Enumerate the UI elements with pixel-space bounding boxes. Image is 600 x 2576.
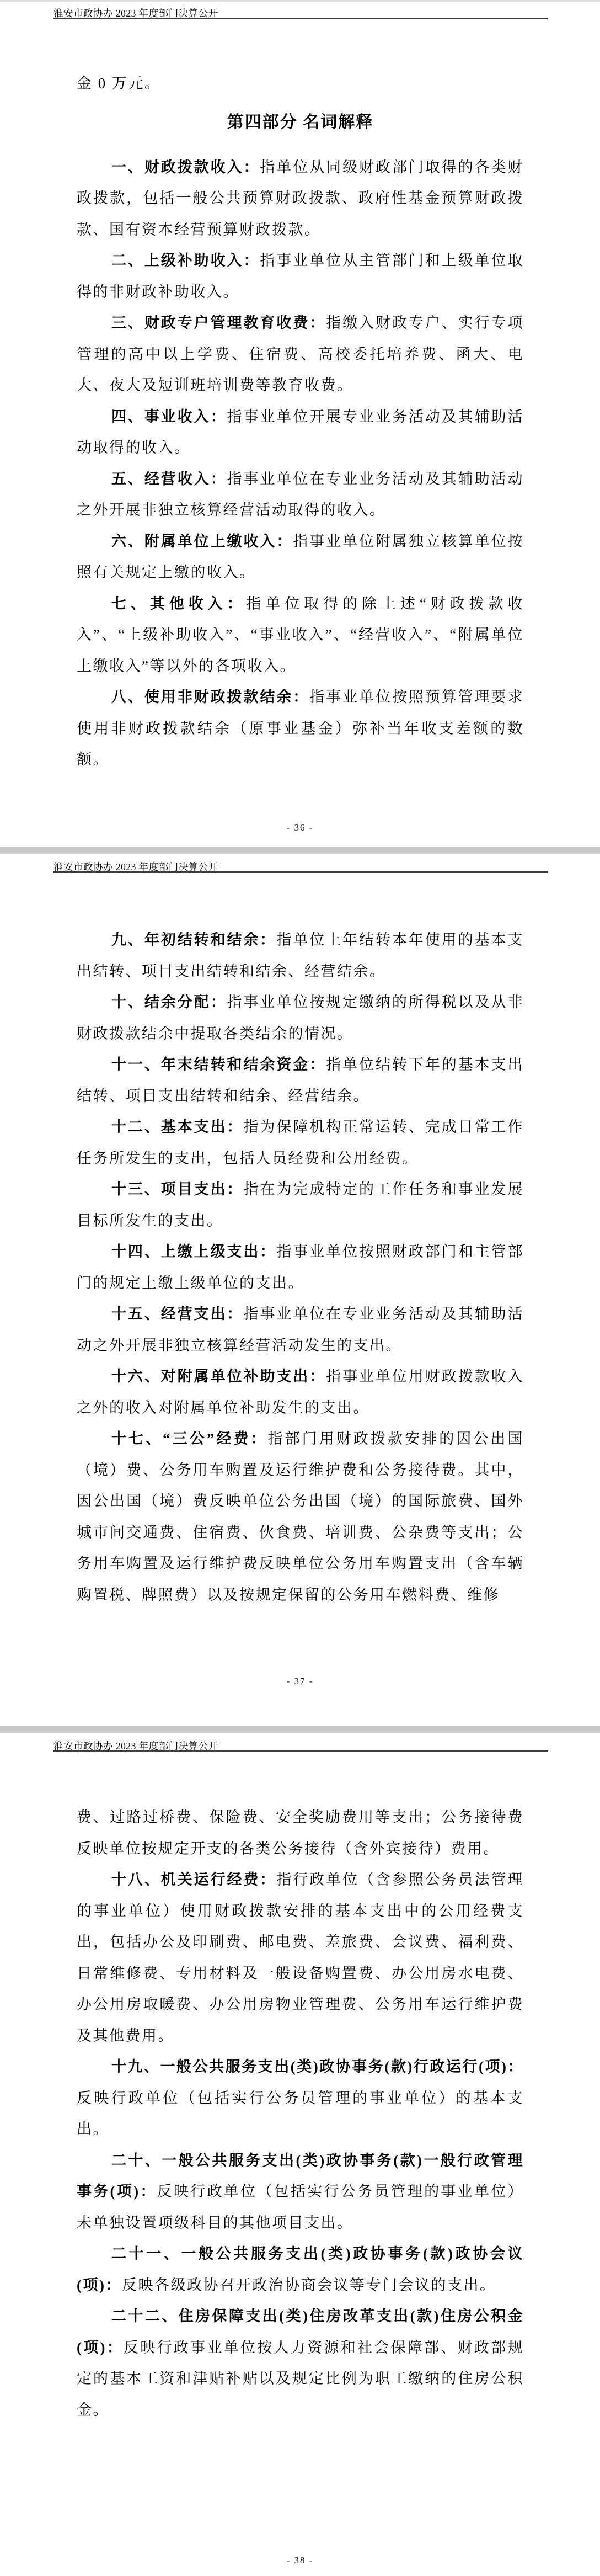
header-rule xyxy=(53,871,548,873)
page-number: - 37 - xyxy=(0,1676,600,1687)
page-38-content: 费、过路过桥费、保险费、安全奖励费用等支出；公务接待费反映单位按规定开支的各类公… xyxy=(77,1802,524,2425)
header-rule xyxy=(53,1750,548,1752)
paragraph: 十五、经营支出：指事业单位在专业业务活动及其辅助活动之外开展非独立核算经营活动发… xyxy=(77,1298,524,1361)
page-separator xyxy=(0,847,600,854)
page-38: 淮安市政协办 2023 年度部门决算公开 费、过路过桥费、保险费、安全奖励费用等… xyxy=(0,1733,600,2576)
paragraph: 五、经营收入：指事业单位在专业业务活动及其辅助活动之外开展非独立核算经营活动取得… xyxy=(77,464,524,526)
page-number: - 38 - xyxy=(0,2555,600,2566)
paragraph: 十三、项目支出：指在为完成特定的工作任务和事业发展目标所发生的支出。 xyxy=(77,1174,524,1236)
paragraph: 十九、一般公共服务支出(类)政协事务(款)行政运行(项)：反映行政单位（包括实行… xyxy=(77,2051,524,2145)
paragraph: 一、财政拨款收入：指单位从同级财政部门取得的各类财政拨款，包括一般公共预算财政拨… xyxy=(77,152,524,246)
paragraph: 三、财政专户管理教育收费：指缴入财政专户、实行专项管理的高中以上学费、住宿费、高… xyxy=(77,307,524,401)
paragraph: 二十一、一般公共服务支出(类)政协事务(款)政协会议(项)：反映各级政协召开政治… xyxy=(77,2238,524,2301)
page-37: 淮安市政协办 2023 年度部门决算公开 九、年初结转和结余：指单位上年结转本年… xyxy=(0,854,600,1726)
page-36: 淮安市政协办 2023 年度部门决算公开 金 0 万元。 第四部分 名词解释 一… xyxy=(0,0,600,847)
paragraph: 十八、机关运行经费：指行政单位（含参照公务员法管理的事业单位）使用财政拨款安排的… xyxy=(77,1864,524,2051)
paragraph: 九、年初结转和结余：指单位上年结转本年使用的基本支出结转、项目支出结转和结余、经… xyxy=(77,924,524,987)
paragraph: 六、附属单位上缴收入：指事业单位附属独立核算单位按照有关规定上缴的收入。 xyxy=(77,526,524,588)
paragraph: 十二、基本支出：指为保障机构正常运转、完成日常工作任务所发生的支出，包括人员经费… xyxy=(77,1111,524,1174)
paragraph: 十七、“三公”经费：指部门用财政拨款安排的因公出国（境）费、公务用车购置及运行维… xyxy=(77,1423,524,1610)
page-37-content: 九、年初结转和结余：指单位上年结转本年使用的基本支出结转、项目支出结转和结余、经… xyxy=(77,924,524,1610)
page-number: - 36 - xyxy=(0,822,600,833)
page-separator xyxy=(0,1726,600,1733)
paragraph: 七、其他收入：指单位取得的除上述“财政拨款收入”、“上级补助收入”、“事业收入”… xyxy=(77,588,524,682)
paragraph: 四、事业收入：指事业单位开展专业业务活动及其辅助活动取得的收入。 xyxy=(77,401,524,464)
paragraph: 二十、一般公共服务支出(类)政协事务(款)一般行政管理事务(项)：反映行政单位（… xyxy=(77,2145,524,2239)
paragraph: 十六、对附属单位补助支出：指事业单位用财政拨款收入之外的收入对附属单位补助发生的… xyxy=(77,1361,524,1423)
header-rule xyxy=(53,18,548,19)
paragraph: 八、使用非财政拨款结余：指事业单位按照预算管理要求使用非财政拨款结余（原事业基金… xyxy=(77,682,524,775)
paragraph: 二十二、住房保障支出(类)住房改革支出(款)住房公积金(项)：反映行政事业单位按… xyxy=(77,2301,524,2425)
paragraph: 二、上级补助收入：指事业单位从主管部门和上级单位取得的非财政补助收入。 xyxy=(77,245,524,307)
paragraph: 费、过路过桥费、保险费、安全奖励费用等支出；公务接待费反映单位按规定开支的各类公… xyxy=(77,1802,524,1864)
page-36-content: 金 0 万元。 第四部分 名词解释 一、财政拨款收入：指单位从同级财政部门取得的… xyxy=(77,68,524,775)
document-viewport: 淮安市政协办 2023 年度部门决算公开 金 0 万元。 第四部分 名词解释 一… xyxy=(0,0,600,2576)
paragraph: 金 0 万元。 xyxy=(77,68,524,99)
page-gap-edge xyxy=(0,0,600,2)
paragraph: 十一、年末结转和结余资金：指单位结转下年的基本支出结转、项目支出结转和结余、经营… xyxy=(77,1049,524,1111)
section-heading: 第四部分 名词解释 xyxy=(77,107,524,138)
paragraph: 十、结余分配：指事业单位按规定缴纳的所得税以及从非财政拨款结余中提取各类结余的情… xyxy=(77,987,524,1049)
paragraph: 十四、上缴上级支出：指事业单位按照财政部门和主管部门的规定上缴上级单位的支出。 xyxy=(77,1236,524,1298)
